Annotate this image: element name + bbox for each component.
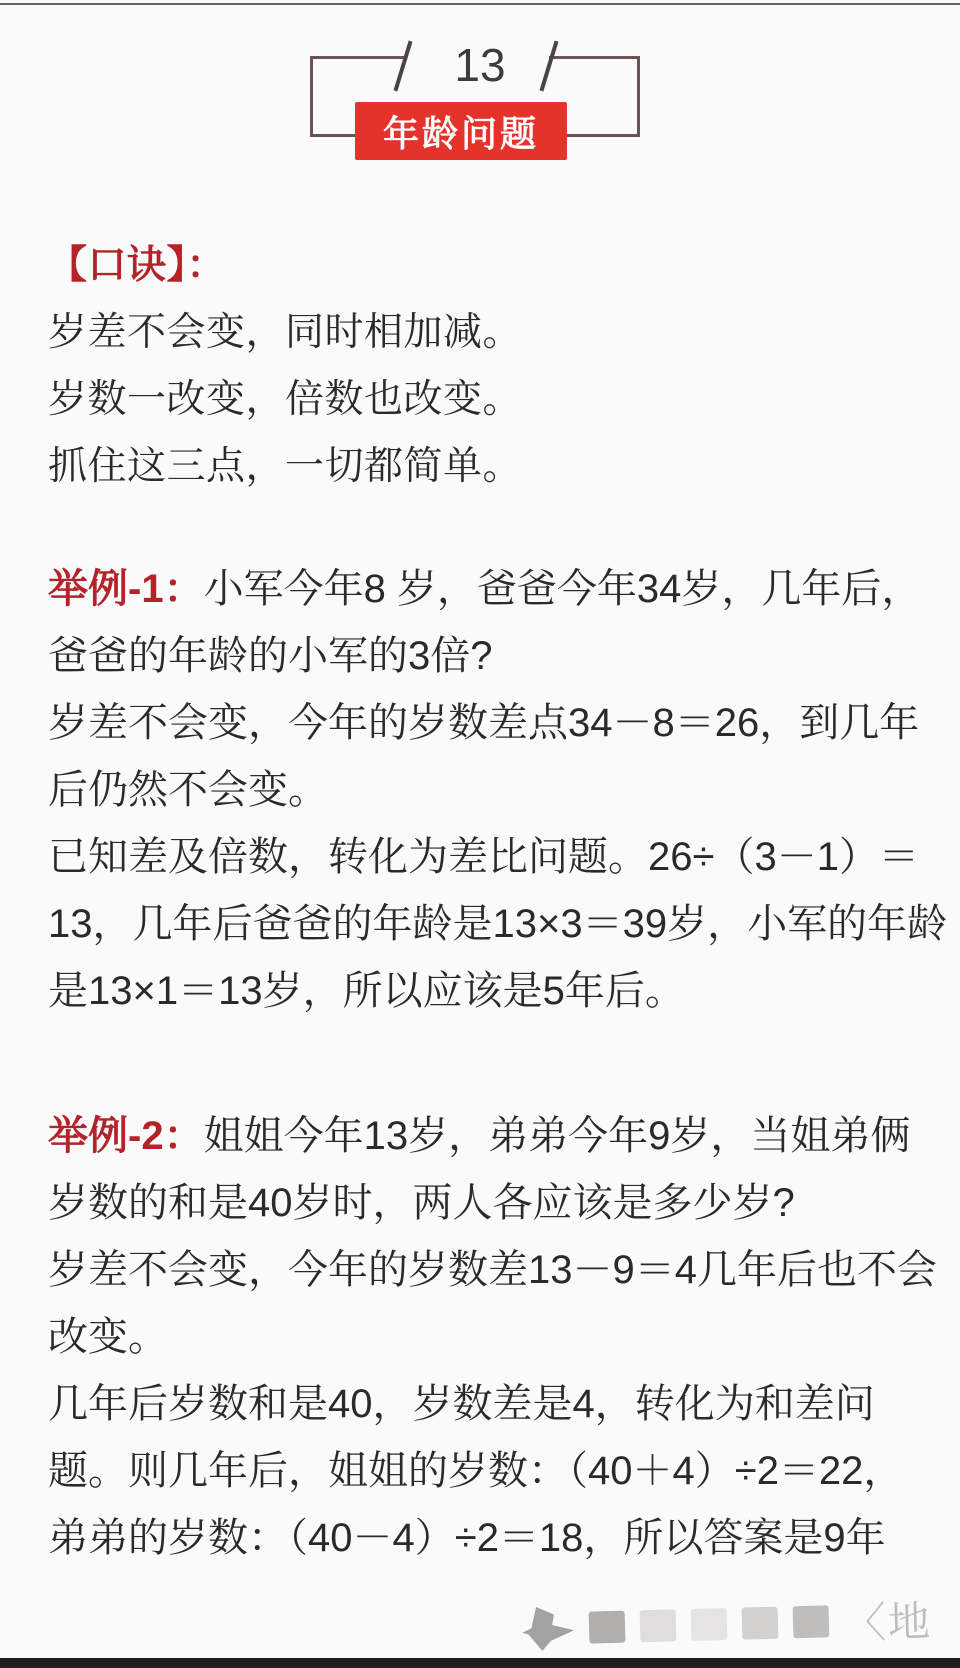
text-line: 爸爸的年龄的小军的3倍? — [48, 623, 920, 690]
text-line: 几年后岁数和是40，岁数差是4，转化为和差问 — [48, 1371, 920, 1438]
example-2-label: 举例-2： — [48, 1114, 204, 1158]
mnemonic-label: 【口诀】： — [48, 232, 920, 299]
text-line: 举例-1：小军今年8 岁，爸爸今年34岁，几年后， — [48, 556, 920, 623]
watermark-block — [589, 1611, 626, 1644]
watermark: 〈地 — [521, 1593, 932, 1656]
example-2-intro: 姐姐今年13岁，弟弟今年9岁，当姐弟俩 — [204, 1114, 911, 1158]
document-page: 13 年龄问题 【口诀】： 岁差不会变，同时相加减。 岁数一改变，倍数也改变。 … — [0, 0, 960, 1668]
text-line: 题。则几年后，姐姐的岁数：（40＋4）÷2＝22， — [48, 1438, 920, 1505]
lesson-title-box: 年龄问题 — [355, 102, 567, 160]
text-line: 已知差及倍数，转化为差比问题。26÷（3－1）＝ — [48, 824, 920, 891]
mnemonic-line: 岁差不会变，同时相加减。 — [48, 299, 920, 366]
example-1-intro: 小军今年8 岁，爸爸今年34岁，几年后， — [204, 567, 922, 611]
watermark-logo-icon — [521, 1606, 574, 1651]
text-line: 举例-2：姐姐今年13岁，弟弟今年9岁，当姐弟俩 — [48, 1103, 920, 1170]
text-line: 弟弟的岁数：（40－4）÷2＝18，所以答案是9年 — [48, 1505, 920, 1572]
mnemonic-section: 【口诀】： 岁差不会变，同时相加减。 岁数一改变，倍数也改变。 抓住这三点，一切… — [48, 232, 920, 500]
mnemonic-line: 岁数一改变，倍数也改变。 — [48, 366, 920, 433]
watermark-block — [691, 1608, 728, 1641]
text-line: 13，几年后爸爸的年龄是13×3＝39岁，小军的年龄 — [48, 891, 920, 958]
photo-bottom-edge — [0, 1658, 960, 1668]
text-line: 岁差不会变，今年的岁数差点34－8＝26，到几年 — [48, 690, 920, 757]
watermark-block — [793, 1605, 830, 1638]
header-frame-top-right — [549, 56, 640, 59]
example-1-section: 举例-1：小军今年8 岁，爸爸今年34岁，几年后， 爸爸的年龄的小军的3倍? 岁… — [48, 556, 920, 1025]
watermark-block — [742, 1607, 779, 1640]
lesson-title: 年龄问题 — [383, 106, 539, 157]
text-line: 岁差不会变，今年的岁数差13－9＝4几年后也不会 — [48, 1237, 920, 1304]
mnemonic-line: 抓住这三点，一切都简单。 — [48, 433, 920, 500]
watermark-text: 〈地 — [843, 1589, 933, 1651]
text-line: 岁数的和是40岁时，两人各应该是多少岁? — [48, 1170, 920, 1237]
photo-top-edge — [0, 3, 960, 5]
header-frame-top-left — [310, 56, 406, 59]
text-line: 后仍然不会变。 — [48, 757, 920, 824]
example-2-section: 举例-2：姐姐今年13岁，弟弟今年9岁，当姐弟俩 岁数的和是40岁时，两人各应该… — [48, 1103, 920, 1572]
example-1-label: 举例-1： — [48, 567, 204, 611]
text-line: 是13×1＝13岁，所以应该是5年后。 — [48, 958, 920, 1025]
lesson-number: 13 — [425, 40, 535, 90]
text-line: 改变。 — [48, 1304, 920, 1371]
watermark-block — [640, 1609, 677, 1642]
